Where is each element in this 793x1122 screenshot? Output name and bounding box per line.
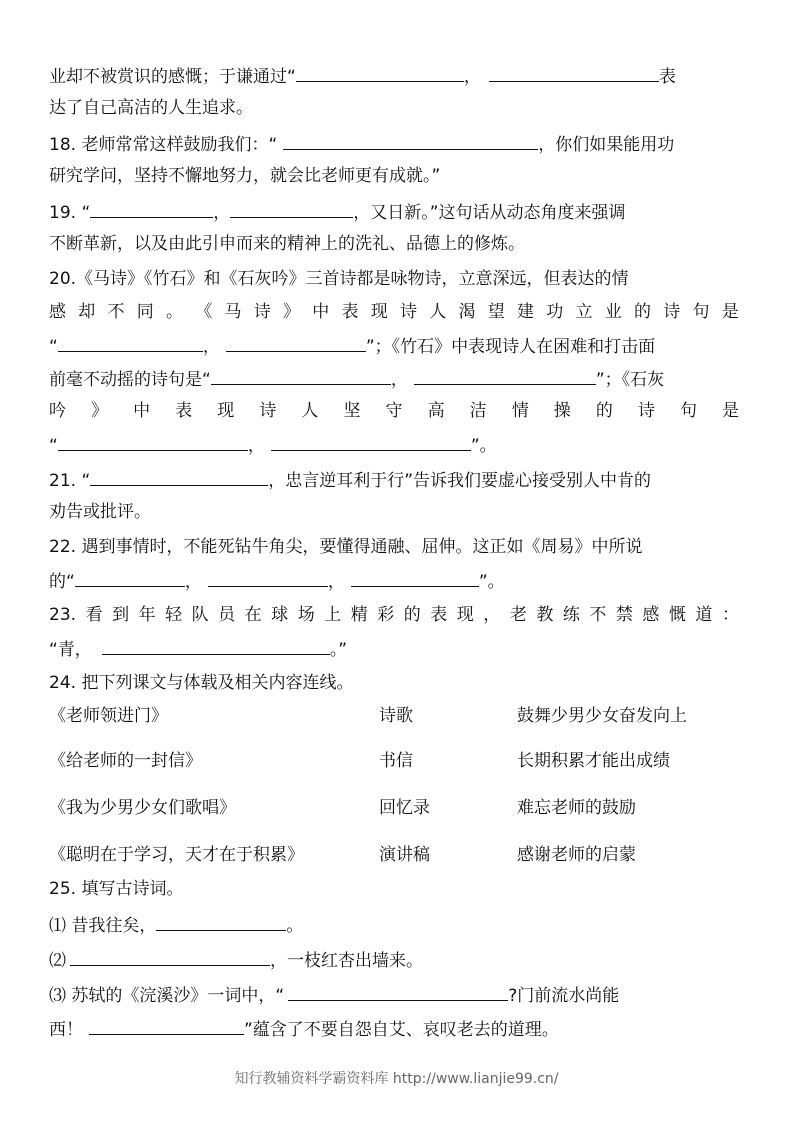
char: 》 (283, 300, 300, 324)
text: ”。 (479, 572, 505, 592)
answer-blank[interactable] (70, 947, 270, 966)
char: 业 (605, 300, 622, 324)
text: 前毫不动摇的诗句是“ (49, 370, 211, 390)
answer-blank[interactable] (102, 636, 330, 655)
text: 21. “ (49, 471, 90, 491)
q20-line5: 吟》中表现诗人坚守高洁情操的诗句是 (49, 399, 739, 423)
char: 高 (428, 399, 445, 423)
char: 禁 (616, 603, 633, 627)
q25-part2: ⑵，一枝红杏出墙来。 (49, 947, 423, 973)
text: ，又日新。”这句话从动态角度来强调 (353, 203, 625, 223)
genre-text[interactable]: 书信 (379, 749, 413, 773)
char: 句 (693, 300, 710, 324)
char: 。 (166, 300, 183, 324)
char: 表 (175, 399, 192, 423)
char: 不 (589, 603, 606, 627)
char: ， (483, 603, 500, 627)
text: ，忠言逆耳利于行”告诉我们要虚心接受别人中肯的 (268, 471, 651, 491)
char: 轻 (165, 603, 182, 627)
char: 诗 (638, 399, 655, 423)
char: 马 (225, 300, 242, 324)
char: 是 (722, 399, 739, 423)
char: ： (722, 603, 739, 627)
answer-blank[interactable] (288, 982, 508, 1001)
char: 渴 (459, 300, 476, 324)
char: 的 (404, 603, 421, 627)
q20-line3: “，”；《竹石》中表现诗人在困难和打击面 (49, 333, 655, 359)
char: 诗 (254, 300, 271, 324)
char: 不 (108, 300, 125, 324)
answer-blank[interactable] (156, 912, 286, 931)
text: ?门前流水尚能 (508, 986, 619, 1006)
text: ⑴ 昔我往矣， (49, 916, 156, 936)
q21-line1: 21. “，忠言逆耳利于行”告诉我们要虚心接受别人中肯的 (49, 467, 651, 493)
genre-text[interactable]: 回忆录 (379, 796, 430, 820)
char: 队 (192, 603, 209, 627)
char: 是 (722, 300, 739, 324)
text: “ (49, 337, 58, 357)
q25-part3-line2: 西！”蕴含了不要自怨自艾、哀叹老去的道理。 (49, 1016, 559, 1042)
q17-line1: 业却不被赏识的感慨；于谦通过“，表 (49, 63, 676, 89)
char: 句 (680, 399, 697, 423)
text: “ (49, 436, 58, 456)
answer-blank[interactable] (75, 568, 185, 587)
answer-blank[interactable] (211, 366, 391, 385)
genre-text[interactable]: 演讲稿 (379, 843, 430, 867)
char: 同 (137, 300, 154, 324)
answer-blank[interactable] (271, 432, 471, 451)
lesson-text[interactable]: 《给老师的一封信》 (49, 749, 202, 773)
char: 感 (49, 300, 66, 324)
q21-line2: 劝告或批评。 (49, 500, 151, 524)
char: 诗 (663, 300, 680, 324)
answer-blank[interactable] (489, 63, 659, 82)
char: 到 (112, 603, 129, 627)
text: 表 (659, 67, 676, 87)
char: 现 (457, 603, 474, 627)
text: 。 (286, 916, 303, 936)
char: 守 (386, 399, 403, 423)
char: 吟 (49, 399, 66, 423)
text: ”；《竹石》中表现诗人在困难和打击面 (366, 337, 655, 357)
char: 球 (271, 603, 288, 627)
q19-line2: 不断革新，以及由此引申而来的精神上的洗礼、品德上的修炼。 (49, 232, 525, 256)
char: 洁 (470, 399, 487, 423)
text: ， (203, 337, 220, 357)
char: 慨 (669, 603, 686, 627)
text: ， (464, 67, 481, 87)
q23-line2: “青，。” (49, 636, 347, 662)
char: 23. (49, 603, 76, 627)
content-text[interactable]: 鼓舞少男少女奋发向上 (517, 704, 687, 728)
char: 《 (195, 300, 212, 324)
answer-blank[interactable] (296, 63, 464, 82)
char: 练 (563, 603, 580, 627)
text: ”；《石灰 (596, 370, 664, 390)
char: 中 (133, 399, 150, 423)
char: 却 (78, 300, 95, 324)
text: ”蕴含了不要自怨自艾、哀叹老去的道理。 (244, 1020, 559, 1040)
char: 现 (371, 300, 388, 324)
q20-line4: 前毫不动摇的诗句是“，”；《石灰 (49, 366, 664, 392)
q25-part1: ⑴ 昔我往矣，。 (49, 912, 303, 938)
char: 中 (312, 300, 329, 324)
q25-title: 25. 填写古诗词。 (49, 877, 183, 901)
char: 老 (510, 603, 527, 627)
q20-line2: 感却不同。《马诗》中表现诗人渴望建功立业的诗句是 (49, 300, 739, 324)
text: ⑶ 苏轼的《浣溪沙》一词中，“ (49, 986, 284, 1006)
lesson-text[interactable]: 《老师领进门》 (49, 704, 168, 728)
text: 西！ (49, 1020, 83, 1040)
content-text[interactable]: 长期积累才能出成绩 (517, 749, 670, 773)
char: 彩 (377, 603, 394, 627)
char: 功 (546, 300, 563, 324)
char: 场 (298, 603, 315, 627)
lesson-text[interactable]: 《我为少男少女们歌唱》 (49, 796, 236, 820)
q18-line2: 研究学问，坚持不懈地努力，就会比老师更有成就。” (49, 164, 440, 188)
text: ， (248, 436, 265, 456)
char: 建 (517, 300, 534, 324)
q23-line1: 23.看到年轻队员在球场上精彩的表现，老教练不禁感慨道： (49, 603, 739, 627)
text: 。” (330, 640, 347, 660)
text: 18. 老师常常这样鼓励我们：“ (49, 135, 277, 155)
q20-line6: “，”。 (49, 432, 497, 458)
text: ⑵ (49, 951, 66, 971)
answer-blank[interactable] (283, 131, 538, 150)
answer-blank[interactable] (208, 568, 328, 587)
q22-line1: 22. 遇到事情时，不能死钻牛角尖，要懂得通融、屈伸。这正如《周易》中所说 (49, 535, 642, 559)
text: 19. “ (49, 203, 90, 223)
text: ，一枝红杏出墙来。 (270, 951, 423, 971)
text: ”。 (471, 436, 497, 456)
char: 人 (429, 300, 446, 324)
char: 诗 (259, 399, 276, 423)
answer-blank[interactable] (58, 333, 203, 352)
q20-line1: 20.《马诗》《竹石》和《石灰吟》三首诗都是咏物诗，立意深远，但表达的情 (49, 267, 629, 291)
q24-title: 24. 把下列课文与体载及相关内容连线。 (49, 671, 353, 695)
char: 道 (695, 603, 712, 627)
char: 望 (488, 300, 505, 324)
q19-line1: 19. “，，又日新。”这句话从动态角度来强调 (49, 199, 626, 225)
genre-text[interactable]: 诗歌 (379, 704, 413, 728)
char: 人 (301, 399, 318, 423)
text: “青， (49, 640, 92, 660)
char: 》 (91, 399, 108, 423)
footer-watermark: 知行教辅资料学霸资料库 http://www.lianjie99.cn/ (0, 1068, 793, 1088)
q25-part3-line1: ⑶ 苏轼的《浣溪沙》一词中，“?门前流水尚能 (49, 982, 619, 1008)
content-text[interactable]: 难忘老师的鼓励 (517, 796, 636, 820)
text: ，你们如果能用功 (538, 135, 674, 155)
answer-blank[interactable] (90, 467, 268, 486)
answer-blank[interactable] (90, 199, 213, 218)
char: 表 (430, 603, 447, 627)
answer-blank[interactable] (58, 432, 248, 451)
char: 在 (245, 603, 262, 627)
char: 表 (342, 300, 359, 324)
char: 精 (351, 603, 368, 627)
char: 立 (576, 300, 593, 324)
char: 现 (217, 399, 234, 423)
content-text[interactable]: 感谢老师的启蒙 (517, 843, 636, 867)
char: 教 (536, 603, 553, 627)
q22-line2: 的“，，”。 (49, 568, 505, 594)
text: ， (213, 203, 230, 223)
char: 看 (86, 603, 103, 627)
char: 的 (634, 300, 651, 324)
char: 年 (139, 603, 156, 627)
text: ， (328, 572, 345, 592)
text: 的“ (49, 572, 75, 592)
text: ， (391, 370, 408, 390)
char: 操 (554, 399, 571, 423)
q17-line2: 达了自己高洁的人生追求。 (49, 96, 253, 120)
text: 业却不被赏识的感慨；于谦通过“ (49, 67, 296, 87)
text: ， (185, 572, 202, 592)
lesson-text[interactable]: 《聪明在于学习，天才在于积累》 (49, 843, 304, 867)
answer-blank[interactable] (226, 333, 366, 352)
char: 感 (642, 603, 659, 627)
char: 诗 (400, 300, 417, 324)
q18-line1: 18. 老师常常这样鼓励我们：“，你们如果能用功 (49, 131, 674, 157)
answer-blank[interactable] (230, 199, 353, 218)
char: 的 (596, 399, 613, 423)
char: 上 (324, 603, 341, 627)
char: 坚 (343, 399, 360, 423)
answer-blank[interactable] (414, 366, 596, 385)
char: 情 (512, 399, 529, 423)
answer-blank[interactable] (351, 568, 479, 587)
char: 员 (218, 603, 235, 627)
answer-blank[interactable] (89, 1016, 244, 1035)
